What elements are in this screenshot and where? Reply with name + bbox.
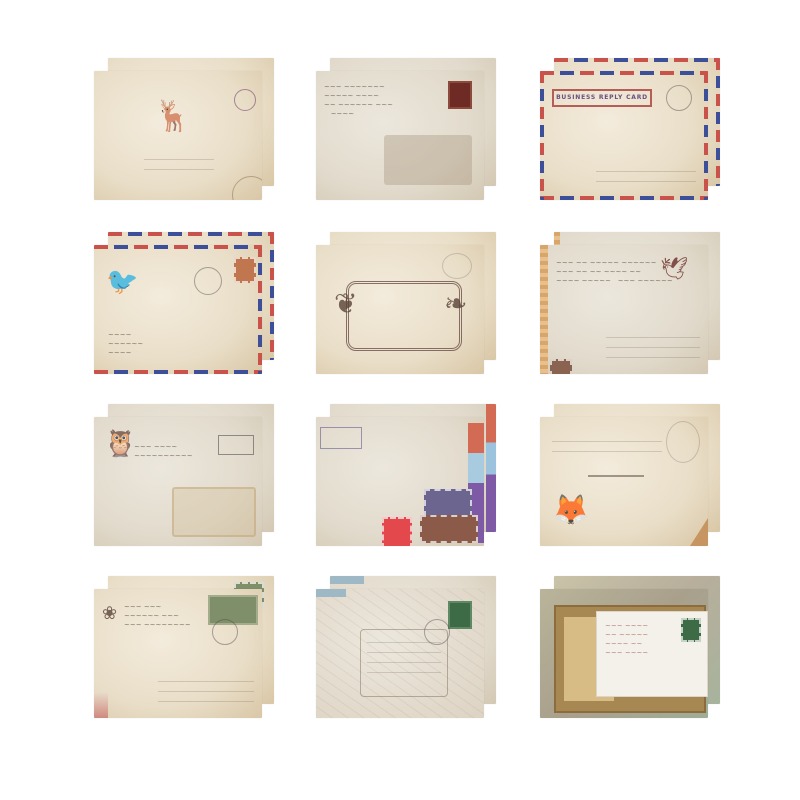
handwritten-address: ~~~ ~~~~~~~~~~~~ ~~~~~~ ~~~~~~ ~~~ ~~~~: [324, 83, 393, 119]
address-lines: [606, 337, 700, 367]
address-window: [384, 135, 472, 185]
birds-illustration: 🐦: [106, 267, 138, 297]
portrait-stamp: [448, 81, 472, 109]
brown-stamp: [420, 515, 478, 543]
orange-stamp: [234, 257, 256, 283]
ink-stamp: [320, 427, 362, 449]
envelope-front: BUSINESS REPLY CARD: [540, 71, 708, 200]
purple-stamp: [424, 489, 472, 517]
red-stamp: [382, 517, 412, 546]
divider-line: [588, 475, 644, 477]
handwritten-note: ~~~~~~~~~~~~~~: [108, 331, 143, 358]
envelope-12: ~~~ ~~~~~~ ~~~~~~~~~ ~~~~~ ~~~~: [540, 576, 720, 718]
envelope-front: ~~~ ~~~~~~~~~~~~ ~~~~~~ ~~~~~~ ~~~ ~~~~: [316, 71, 484, 200]
owl-caption: ~~~ ~~~~~~~~~~~~~~: [134, 443, 193, 461]
envelope-front: ❀ ~~~ ~~~~~~~~~ ~~~~~~ ~~~~~~~~: [94, 589, 262, 718]
flower-illustration: ❀: [102, 603, 117, 624]
envelope-4: 🐦 ~~~~~~~~~~~~~~: [94, 232, 274, 374]
envelope-front: ❦ ❧: [316, 245, 484, 374]
green-stamp: [681, 618, 701, 642]
floral-sketch: [666, 421, 700, 463]
postmark-icon: [666, 85, 692, 111]
postcard: ~~~ ~~~~~~ ~~~~~~~~~ ~~~~~ ~~~~: [596, 611, 708, 697]
postmark-icon: [442, 253, 472, 279]
stamp-box: [218, 435, 254, 455]
envelope-7: 🦉 ~~~ ~~~~~~~~~~~~~~: [94, 404, 274, 546]
figure-left: ❦: [334, 287, 357, 320]
postcard-handwriting: ~~~ ~~~~~~ ~~~~~~~~~ ~~~~~ ~~~~: [605, 622, 648, 658]
envelope-2: ~~~ ~~~~~~~~~~~~ ~~~~~~ ~~~~~~ ~~~ ~~~~: [316, 58, 496, 200]
envelope-front: 🦊: [540, 417, 708, 546]
envelope-11: [316, 576, 496, 718]
envelope-1: 🦌: [94, 58, 274, 200]
figure-right: ❧: [444, 287, 467, 320]
envelope-front: 🦉 ~~~ ~~~~~~~~~~~~~~: [94, 417, 262, 546]
small-stamp: [550, 359, 572, 374]
deer-illustration: 🦌: [154, 99, 191, 134]
handwritten-address: ~~~ ~~~~~~~~~ ~~~~~~ ~~~~~~~~: [124, 603, 191, 630]
envelope-front: ~~~ ~~~~~~ ~~~~~~~~~ ~~~~~ ~~~~: [540, 589, 708, 718]
envelope-6: ~~~ ~~ ~~~~~ ~~~~~~~~~ ~~ ~~ ~~~~ ~~~~~~…: [540, 232, 720, 374]
coffee-ring: [232, 176, 262, 200]
green-stamp: [448, 601, 472, 629]
envelope-5: ❦ ❧: [316, 232, 496, 374]
address-window: [172, 487, 256, 537]
envelope-front: 🐦 ~~~~~~~~~~~~~~: [94, 245, 262, 374]
handwritten-letter: ~~~ ~~ ~~~~~ ~~~~~~~~~ ~~ ~~ ~~~~ ~~~~~~…: [556, 259, 673, 286]
envelope-8: [316, 404, 496, 546]
address-frame: [360, 629, 448, 697]
envelope-3: BUSINESS REPLY CARD: [540, 58, 720, 200]
ruler-edge: [540, 245, 548, 374]
postmark-icon: [194, 267, 222, 295]
fox-illustration: 🦊: [552, 493, 589, 528]
envelope-front: [316, 589, 484, 718]
postmark-icon: [234, 89, 256, 111]
caption-lines: [144, 159, 214, 179]
bird-illustration: 🕊: [660, 257, 688, 282]
business-reply-card-label: BUSINESS REPLY CARD: [552, 89, 652, 107]
owl-illustration: 🦉: [104, 429, 136, 459]
address-lines: [552, 441, 662, 461]
envelope-front: [316, 417, 484, 546]
green-stamp: [208, 595, 258, 625]
envelope-front: 🦌: [94, 71, 262, 200]
envelope-10: ❀ ~~~ ~~~~~~~~~ ~~~~~~ ~~~~~~~~: [94, 576, 274, 718]
address-lines: [596, 171, 696, 191]
envelope-9: 🦊: [540, 404, 720, 546]
postmark-icon: [212, 619, 238, 645]
envelope-front: ~~~ ~~ ~~~~~ ~~~~~~~~~ ~~ ~~ ~~~~ ~~~~~~…: [540, 245, 708, 374]
address-lines: [158, 681, 254, 711]
